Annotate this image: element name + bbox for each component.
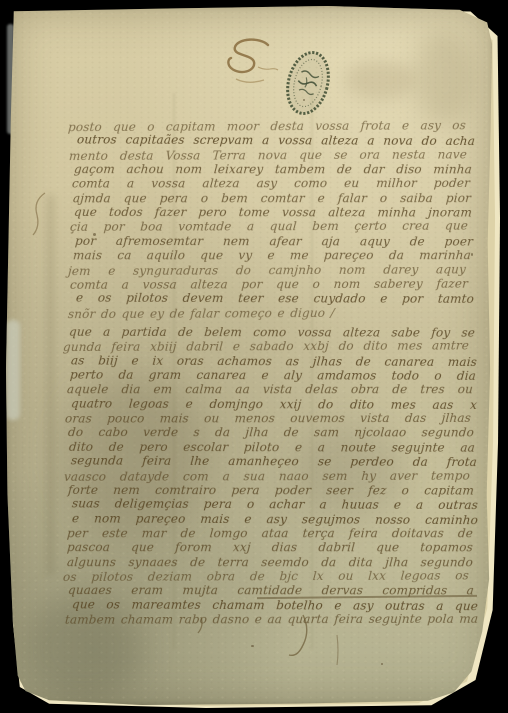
photo-background: posto que o capitam moor desta vossa fro… — [0, 0, 508, 713]
manuscript-page: posto que o capitam moor desta vossa fro… — [5, 5, 494, 705]
manuscript-line: pascoa que forom xxj dias dabril que top… — [67, 540, 474, 556]
manuscript-line: mais ca aquilo que vy e me pareçeo da ma… — [72, 248, 471, 264]
text-block: posto que o capitam moor desta vossa fro… — [5, 5, 494, 705]
manuscript-line: do cabo verde s da jlha de sam njcolaao … — [67, 425, 474, 441]
manuscript-line: comta a vossa alteza asy como eu milhor … — [71, 176, 470, 192]
manuscript-line: tambem chamam rabo dasno e aa quarta fei… — [64, 611, 471, 627]
manuscript-line: snõr do que ey de falar começo e diguo / — [68, 304, 467, 321]
